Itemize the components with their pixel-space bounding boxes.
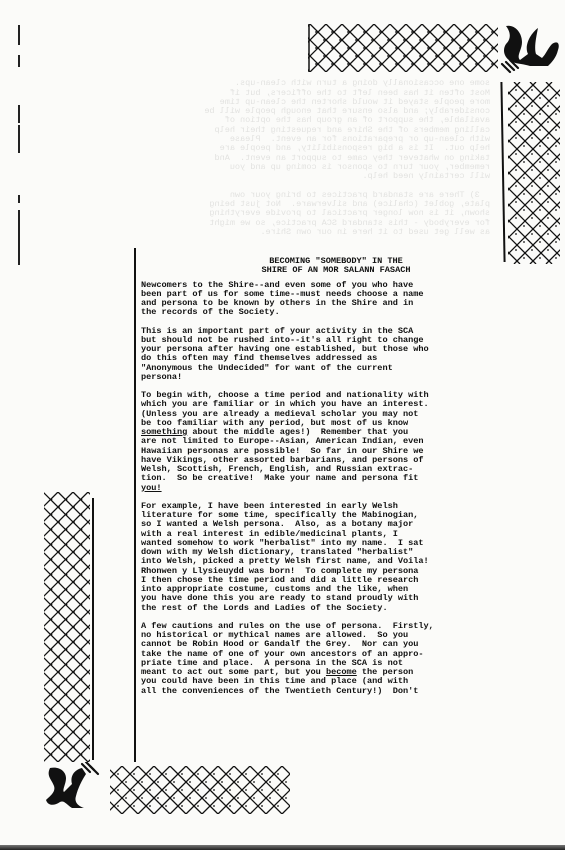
- right-lattice-border: [508, 82, 560, 264]
- scanned-page: some one occasionally doing a turn with …: [0, 0, 565, 850]
- paragraph: This is an important part of your activi…: [141, 327, 513, 383]
- binding-marks: [18, 25, 22, 265]
- paragraph: A few cautions and rules on the use of p…: [141, 622, 513, 696]
- text-line: the records of the Society.: [141, 308, 513, 317]
- bottom-lattice-border: [110, 766, 290, 814]
- left-vertical-rule: [92, 498, 94, 760]
- text-line: tion. So be creative! Make your name and…: [141, 474, 513, 483]
- paragraph: Newcomers to the Shire--and even some of…: [141, 281, 513, 318]
- text-line: persona!: [141, 373, 513, 382]
- right-vertical-rule: [500, 82, 505, 262]
- article-body: Newcomers to the Shire--and even some of…: [141, 281, 513, 696]
- text-line: all the conveniences of the Twentieth Ce…: [141, 687, 513, 696]
- fleur-de-lis-icon: [500, 20, 562, 80]
- fleur-de-lis-icon: [42, 762, 106, 814]
- left-lattice-border: [44, 492, 90, 762]
- paragraph: For example, I have been interested in e…: [141, 502, 513, 613]
- article-left-rule: [134, 248, 136, 762]
- text-line: "Anonymous the Undecided" for want of th…: [141, 364, 513, 373]
- text-line: the rest of the Lords and Ladies of the …: [141, 604, 513, 613]
- paragraph: To begin with, choose a time period and …: [141, 391, 513, 493]
- text-line: you!: [141, 484, 513, 493]
- title-line: SHIRE OF AN MOR SALANN FASACH: [159, 266, 513, 275]
- page-bottom-edge: [0, 845, 565, 850]
- article: BECOMING "SOMEBODY" IN THE SHIRE OF AN M…: [141, 257, 513, 705]
- article-title: BECOMING "SOMEBODY" IN THE SHIRE OF AN M…: [141, 257, 513, 276]
- top-lattice-border: [308, 24, 498, 72]
- reverse-side-bleed-through: some one occasionally doing a turn with …: [110, 70, 490, 247]
